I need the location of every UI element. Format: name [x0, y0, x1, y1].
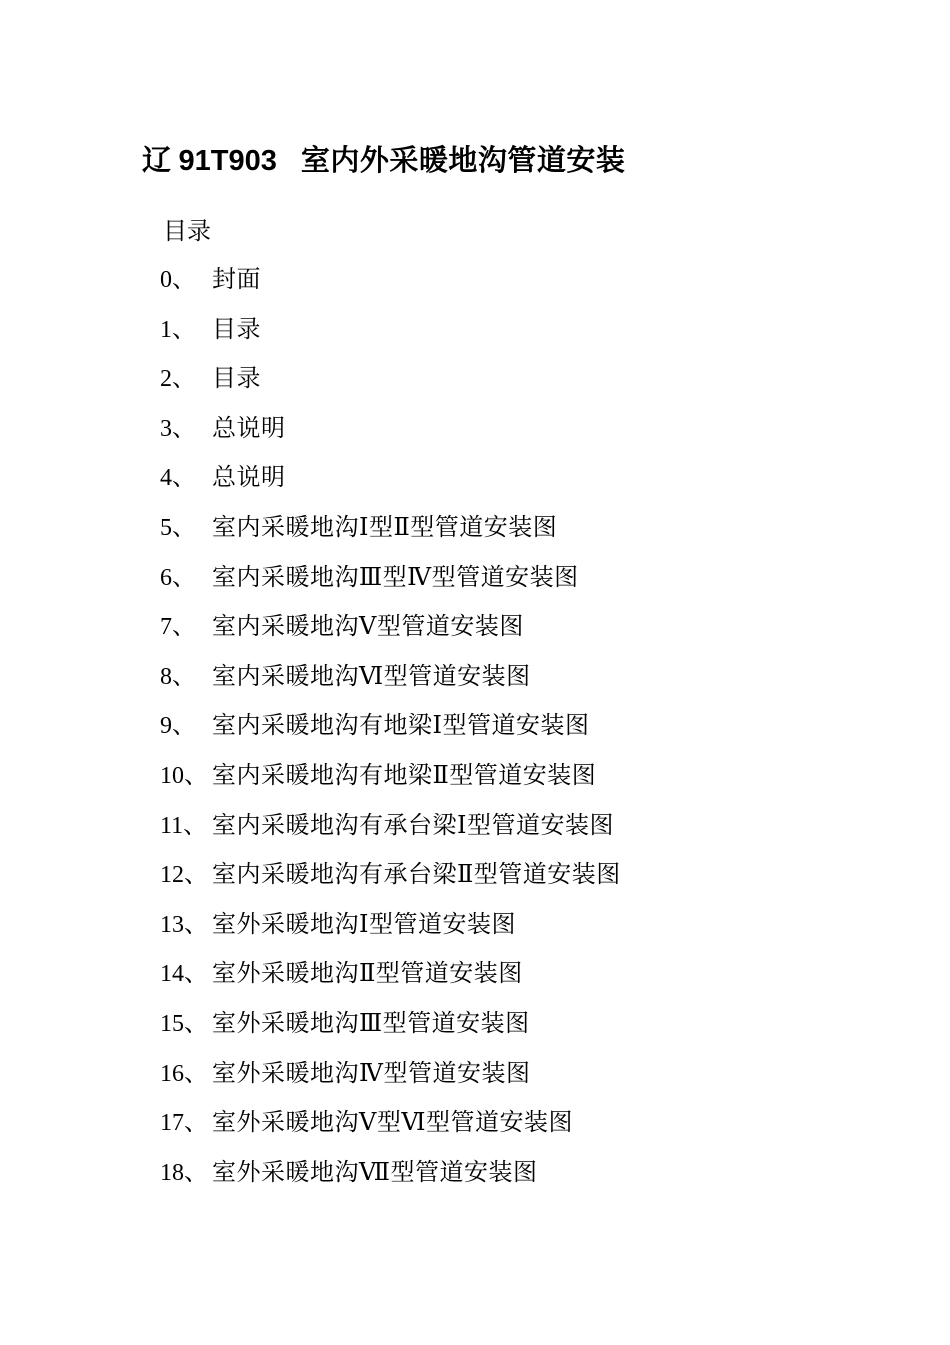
toc-item: 9、 室内采暖地沟有地梁Ⅰ型管道安装图: [160, 712, 621, 762]
toc-item-label: 目录: [212, 316, 261, 344]
toc-item-number: 6、: [160, 564, 212, 592]
toc-item-number: 7、: [160, 613, 212, 641]
toc-item-number: 18、: [160, 1159, 212, 1187]
toc-item: 11、 室内采暖地沟有承台梁Ⅰ型管道安装图: [160, 812, 621, 862]
toc-item-label: 封面: [212, 266, 261, 294]
toc-item: 18、 室外采暖地沟Ⅶ型管道安装图: [160, 1159, 621, 1209]
toc-item-number: 14、: [160, 960, 212, 988]
toc-item: 6、 室内采暖地沟Ⅲ型Ⅳ型管道安装图: [160, 564, 621, 614]
toc-item: 10、 室内采暖地沟有地梁Ⅱ型管道安装图: [160, 762, 621, 812]
toc-list: 0、 封面 1、 目录 2、 目录 3、 总说明 4、 总说明 5、 室内采暖地…: [160, 266, 621, 1208]
title-region-prefix: 辽: [142, 145, 172, 177]
toc-item: 8、 室内采暖地沟Ⅵ型管道安装图: [160, 663, 621, 713]
toc-item-label: 室内采暖地沟Ⅴ型管道安装图: [212, 613, 524, 641]
toc-item: 5、 室内采暖地沟Ⅰ型Ⅱ型管道安装图: [160, 514, 621, 564]
toc-item-label: 室内采暖地沟有承台梁Ⅰ型管道安装图: [212, 812, 614, 840]
toc-item: 16、 室外采暖地沟Ⅳ型管道安装图: [160, 1060, 621, 1110]
toc-item: 7、 室内采暖地沟Ⅴ型管道安装图: [160, 613, 621, 663]
toc-item-number: 8、: [160, 663, 212, 691]
toc-item: 1、 目录: [160, 316, 621, 366]
toc-item: 2、 目录: [160, 365, 621, 415]
toc-item-number: 0、: [160, 266, 212, 294]
toc-item-number: 11、: [160, 812, 212, 840]
toc-item-number: 17、: [160, 1109, 212, 1137]
toc-item-number: 9、: [160, 712, 212, 740]
toc-item-label: 室内采暖地沟Ⅲ型Ⅳ型管道安装图: [212, 564, 579, 592]
toc-item-label: 室外采暖地沟Ⅴ型Ⅵ型管道安装图: [212, 1109, 573, 1137]
toc-item-label: 总说明: [212, 415, 286, 443]
toc-item-label: 室内采暖地沟有地梁Ⅰ型管道安装图: [212, 712, 589, 740]
toc-item-label: 室外采暖地沟Ⅰ型管道安装图: [212, 911, 516, 939]
toc-item: 15、 室外采暖地沟Ⅲ型管道安装图: [160, 1010, 621, 1060]
title-name: 室内外采暖地沟管道安装: [301, 145, 626, 177]
toc-heading: 目录: [163, 217, 211, 247]
toc-item-number: 15、: [160, 1010, 212, 1038]
toc-item-number: 2、: [160, 365, 212, 393]
toc-item: 12、 室内采暖地沟有承台梁Ⅱ型管道安装图: [160, 861, 621, 911]
toc-item: 17、 室外采暖地沟Ⅴ型Ⅵ型管道安装图: [160, 1109, 621, 1159]
toc-item-label: 室内采暖地沟Ⅰ型Ⅱ型管道安装图: [212, 514, 557, 542]
toc-item-number: 13、: [160, 911, 212, 939]
toc-item-label: 室外采暖地沟Ⅱ型管道安装图: [212, 960, 523, 988]
toc-item: 14、 室外采暖地沟Ⅱ型管道安装图: [160, 960, 621, 1010]
page-title: 辽91T903室内外采暖地沟管道安装: [142, 142, 625, 180]
toc-item-label: 室内采暖地沟Ⅵ型管道安装图: [212, 663, 531, 691]
toc-item-label: 室外采暖地沟Ⅶ型管道安装图: [212, 1159, 537, 1187]
toc-item-label: 总说明: [212, 464, 286, 492]
toc-item: 3、 总说明: [160, 415, 621, 465]
toc-item: 0、 封面: [160, 266, 621, 316]
toc-item-number: 12、: [160, 861, 212, 889]
toc-item: 13、 室外采暖地沟Ⅰ型管道安装图: [160, 911, 621, 961]
toc-item-label: 室内采暖地沟有地梁Ⅱ型管道安装图: [212, 762, 596, 790]
toc-item: 4、 总说明: [160, 464, 621, 514]
title-atlas-code: 91T903: [179, 145, 277, 177]
toc-item-number: 4、: [160, 464, 212, 492]
toc-item-number: 5、: [160, 514, 212, 542]
toc-item-label: 室外采暖地沟Ⅳ型管道安装图: [212, 1060, 530, 1088]
document-page: 辽91T903室内外采暖地沟管道安装 目录 0、 封面 1、 目录 2、 目录 …: [0, 0, 950, 1345]
toc-item-label: 室外采暖地沟Ⅲ型管道安装图: [212, 1010, 530, 1038]
toc-item-number: 16、: [160, 1060, 212, 1088]
toc-item-number: 10、: [160, 762, 212, 790]
toc-item-number: 1、: [160, 316, 212, 344]
toc-item-label: 室内采暖地沟有承台梁Ⅱ型管道安装图: [212, 861, 621, 889]
toc-item-label: 目录: [212, 365, 261, 393]
toc-item-number: 3、: [160, 415, 212, 443]
